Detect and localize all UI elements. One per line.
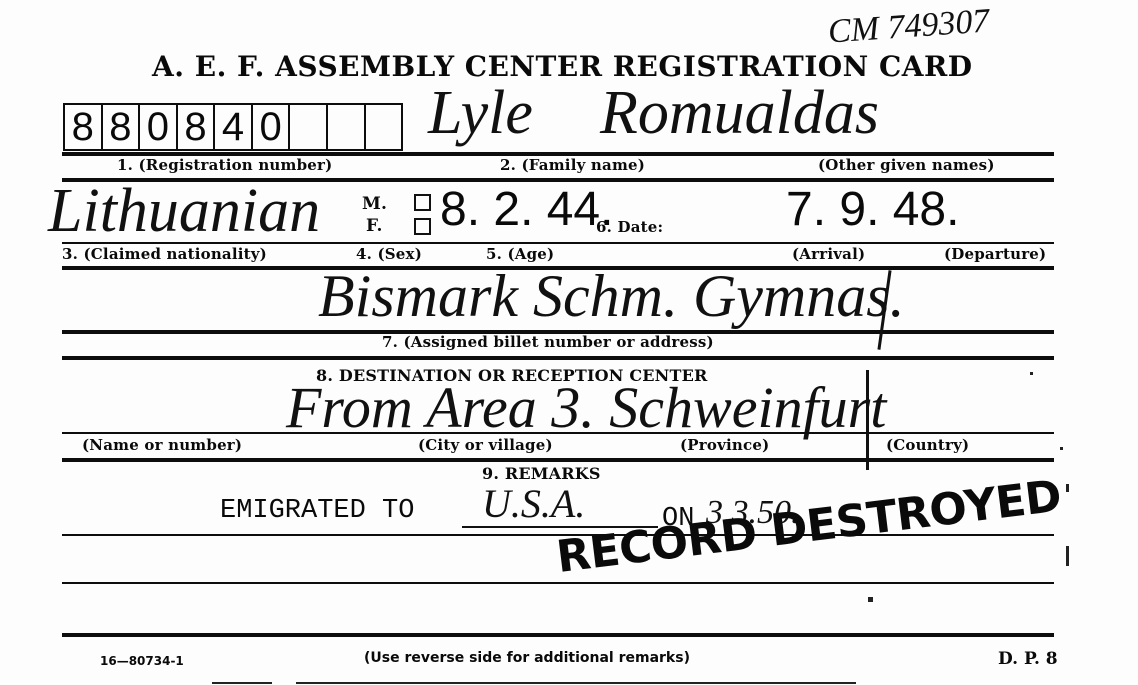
registration-number-boxes: 8 8 0 8 4 0 xyxy=(63,103,403,151)
reg-digit xyxy=(290,105,328,149)
age-value: 8. 2. 44. xyxy=(440,182,613,237)
archive-number: CM 749307 xyxy=(827,2,991,51)
label-date: 6. Date: xyxy=(596,218,663,236)
family-name-value: Lyle xyxy=(428,78,533,149)
label-departure: (Departure) xyxy=(944,245,1046,263)
record-destroyed-stamp: RECORD DESTROYED xyxy=(554,470,1064,583)
edge-mark xyxy=(212,682,272,684)
speck xyxy=(1060,447,1063,450)
reg-digit: 4 xyxy=(215,105,253,149)
sex-checkbox-f[interactable] xyxy=(414,218,431,235)
billet-value: Bismark Schm. Gymnas. xyxy=(318,262,905,331)
form-code: D. P. 8 xyxy=(998,649,1058,669)
label-destination-country: (Country) xyxy=(886,436,969,454)
rule xyxy=(62,356,1054,360)
speck xyxy=(1066,546,1069,566)
label-family-name: 2. (Family name) xyxy=(500,156,645,174)
reg-digit: 8 xyxy=(178,105,216,149)
rule xyxy=(62,242,1054,244)
label-destination-name: (Name or number) xyxy=(82,436,242,454)
label-destination-city: (City or village) xyxy=(418,436,553,454)
label-age: 5. (Age) xyxy=(486,245,554,263)
sex-option-m: M. xyxy=(362,194,387,214)
label-registration-number: 1. (Registration number) xyxy=(117,156,332,174)
speck xyxy=(1066,484,1069,492)
speck xyxy=(1030,372,1033,375)
rule xyxy=(62,633,1054,637)
form-number: 16—80734-1 xyxy=(100,654,184,668)
remarks-country-value: U.S.A. xyxy=(482,480,585,527)
label-sex: 4. (Sex) xyxy=(356,245,422,263)
sex-checkbox-m[interactable] xyxy=(414,194,431,211)
registration-card: CM 749307 A. E. F. ASSEMBLY CENTER REGIS… xyxy=(0,0,1138,685)
remarks-typed-prefix: EMIGRATED TO xyxy=(220,496,414,526)
reg-digit: 8 xyxy=(65,105,103,149)
rule xyxy=(62,582,1054,584)
footer-note: (Use reverse side for additional remarks… xyxy=(364,650,690,666)
handwritten-stroke xyxy=(866,370,869,470)
destination-value: From Area 3. Schweinfurt xyxy=(286,374,886,441)
label-assigned-billet: 7. (Assigned billet number or address) xyxy=(382,333,714,351)
reg-digit: 0 xyxy=(253,105,291,149)
nationality-value: Lithuanian xyxy=(48,176,320,247)
label-claimed-nationality: 3. (Claimed nationality) xyxy=(62,245,267,263)
edge-mark xyxy=(296,682,856,684)
reg-digit: 8 xyxy=(103,105,141,149)
label-other-given-names: (Other given names) xyxy=(818,156,995,174)
reg-digit xyxy=(366,105,402,149)
rule xyxy=(62,432,1054,434)
arrival-date-value: 7. 9. 48. xyxy=(786,182,959,237)
rule xyxy=(62,458,1054,462)
label-destination-province: (Province) xyxy=(680,436,769,454)
reg-digit xyxy=(328,105,366,149)
sex-option-f: F. xyxy=(366,216,383,236)
label-arrival: (Arrival) xyxy=(792,245,865,263)
given-names-value: Romualdas xyxy=(600,78,879,149)
reg-digit: 0 xyxy=(140,105,178,149)
speck xyxy=(868,597,873,602)
